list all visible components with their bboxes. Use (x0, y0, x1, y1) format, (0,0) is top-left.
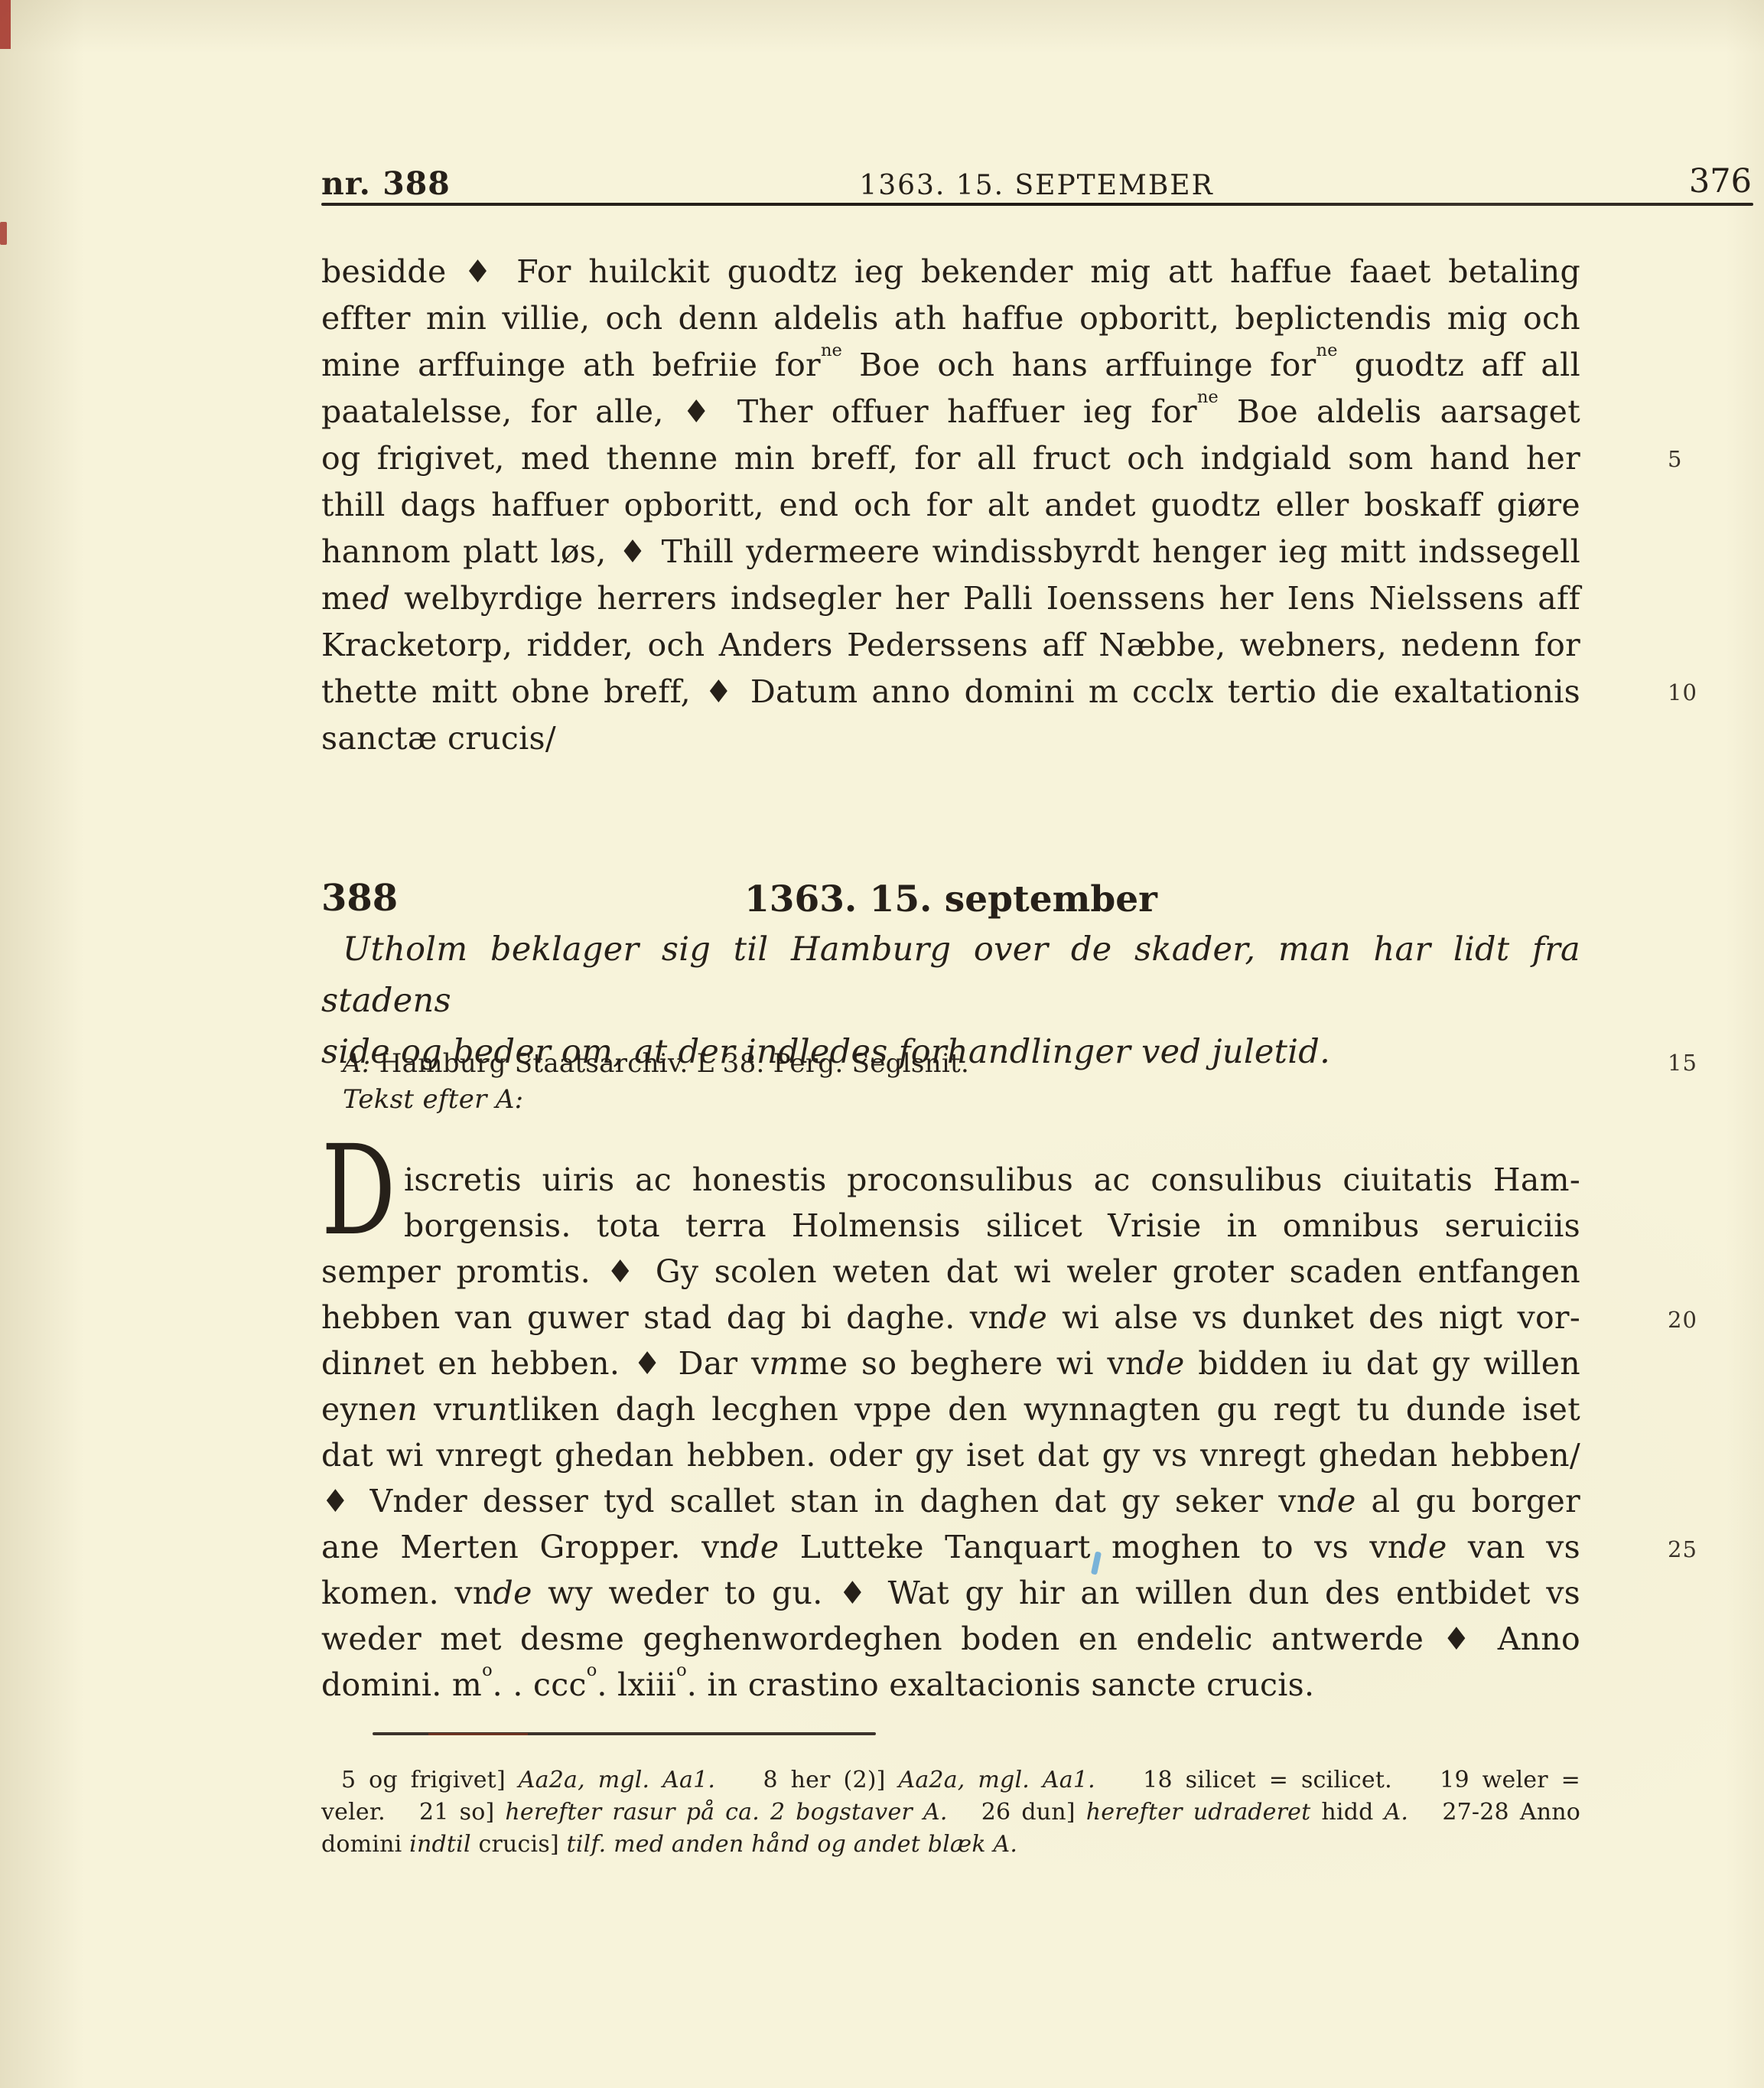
body-line: eynen vruntliken dagh lecghen vppe den w… (321, 1386, 1580, 1432)
body-line: dat wi vnregt ghedan hebben. oder gy ise… (321, 1432, 1580, 1478)
margin-line-number-10: 10 (1668, 679, 1733, 705)
document-date-heading: 1363. 15. september (321, 878, 1580, 920)
footnote-rule-ink-tint (428, 1733, 528, 1735)
body-line: ♦ Vnder desser tyd scallet stan in daghe… (321, 1478, 1580, 1524)
text-line: thette mitt obne breff, ♦ Datum anno dom… (321, 669, 1580, 715)
margin-line-number-15: 15 (1668, 1050, 1733, 1076)
body-line: hebben van guwer stad dag bi daghe. vnde… (321, 1295, 1580, 1340)
body-line: semper promtis. ♦ Gy scolen weten dat wi… (321, 1249, 1580, 1295)
document-body-text: iscretis uiris ac honestis proconsulibus… (321, 1157, 1580, 1708)
margin-line-number-20: 20 (1668, 1307, 1733, 1333)
header-page-number: 376 (1629, 162, 1752, 200)
header-rule (321, 203, 1753, 206)
footnote-line: domini indtil crucis] tilf. med anden hå… (321, 1829, 1580, 1861)
text-line: thill dags haffuer opboritt, end och for… (321, 482, 1580, 529)
text-line: mine arffuinge ath befriie forne Boe och… (321, 342, 1580, 389)
summary-line: Utholm beklager sig til Hamburg over de … (321, 924, 1580, 1027)
margin-line-number-5: 5 (1668, 446, 1733, 472)
source-note: A: Hamburg Staatsarchiv. L 38. Perg. Seg… (321, 1048, 1580, 1079)
book-page-scan: nr. 388 1363. 15. SEPTEMBER 376 besidde … (0, 0, 1764, 2088)
body-line: weder met desme geghenwordeghen boden en… (321, 1616, 1580, 1662)
previous-document-text: besidde ♦ For huilckit guodtz ieg bekend… (321, 249, 1580, 762)
footnote-line: 5 og frigivet] Aa2a, mgl. Aa1. 8 her (2)… (321, 1764, 1580, 1796)
body-line: dinnet en hebben. ♦ Dar vmme so beghere … (321, 1340, 1580, 1386)
text-line: paatalelsse, for alle, ♦ Ther offuer haf… (321, 389, 1580, 435)
body-line: domini. mo. . ccco. lxiiio. in crastino … (321, 1662, 1580, 1708)
scan-artifact-red-mark-top (0, 0, 11, 49)
text-line: besidde ♦ For huilckit guodtz ieg bekend… (321, 249, 1580, 295)
text-line: med welbyrdige herrers indsegler her Pal… (321, 575, 1580, 622)
margin-line-number-25: 25 (1668, 1536, 1733, 1562)
header-date: 1363. 15. SEPTEMBER (321, 170, 1752, 201)
text-line: sanctæ crucis/ (321, 715, 1580, 762)
body-line: komen. vnde wy weder to gu. ♦ Wat gy hir… (321, 1570, 1580, 1616)
footnote-line: veler. 21 so] herefter rasur på ca. 2 bo… (321, 1796, 1580, 1829)
body-line: iscretis uiris ac honestis proconsulibus… (321, 1157, 1580, 1203)
text-line: hannom platt løs, ♦ Thill ydermeere wind… (321, 529, 1580, 575)
text-line: og frigivet, med thenne min breff, for a… (321, 435, 1580, 482)
critical-apparatus: 5 og frigivet] Aa2a, mgl. Aa1. 8 her (2)… (321, 1764, 1580, 1861)
body-line: borgensis. tota terra Holmensis silicet … (321, 1203, 1580, 1249)
text-line: effter min villie, och denn aldelis ath … (321, 295, 1580, 342)
body-line: ane Merten Gropper. vnde Lutteke Tanquar… (321, 1524, 1580, 1570)
scan-artifact-red-mark-left (0, 222, 7, 245)
text-basis-note: Tekst efter A: (321, 1084, 1580, 1115)
text-line: Kracketorp, ridder, och Anders Pederssen… (321, 622, 1580, 669)
